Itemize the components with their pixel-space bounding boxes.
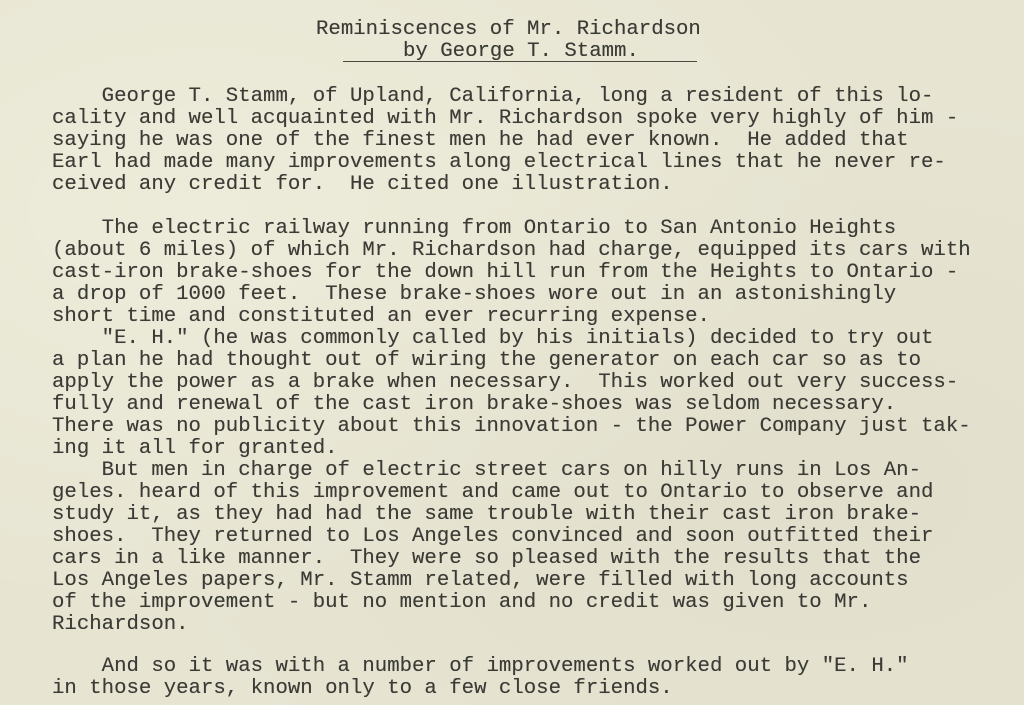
- text-line: cast-iron brake-shoes for the down hill …: [52, 262, 958, 284]
- text-line: cars in a like manner. They were so plea…: [52, 548, 921, 570]
- text-line: short time and constituted an ever recur…: [52, 306, 710, 328]
- text-line: "E. H." (he was commonly called by his i…: [52, 328, 933, 350]
- text-line: study it, as they had had the same troub…: [52, 504, 921, 526]
- text-line: a drop of 1000 feet. These brake-shoes w…: [52, 284, 896, 306]
- text-line: And so it was with a number of improveme…: [52, 656, 909, 678]
- document-title: Reminiscences of Mr. Richardson: [316, 19, 701, 41]
- typewritten-page: Reminiscences of Mr. Richardson by Georg…: [0, 0, 1024, 705]
- text-line: (about 6 miles) of which Mr. Richardson …: [52, 240, 971, 262]
- text-line: in those years, known only to a few clos…: [52, 678, 673, 700]
- text-line: Los Angeles papers, Mr. Stamm related, w…: [52, 570, 909, 592]
- text-line: Earl had made many improvements along el…: [52, 152, 946, 174]
- text-line: apply the power as a brake when necessar…: [52, 372, 958, 394]
- text-line: saying he was one of the finest men he h…: [52, 130, 909, 152]
- text-line: George T. Stamm, of Upland, California, …: [52, 86, 933, 108]
- text-line: But men in charge of electric street car…: [52, 460, 921, 482]
- text-line: ceived any credit for. He cited one illu…: [52, 174, 673, 196]
- text-line: geles. heard of this improvement and cam…: [52, 482, 933, 504]
- byline-underline: [343, 61, 697, 62]
- text-line: cality and well acquainted with Mr. Rich…: [52, 108, 958, 130]
- text-line: of the improvement - but no mention and …: [52, 592, 871, 614]
- document-byline: by George T. Stamm.: [403, 41, 639, 63]
- text-line: Richardson.: [52, 614, 189, 636]
- text-line: The electric railway running from Ontari…: [52, 218, 896, 240]
- text-line: ing it all for granted.: [52, 438, 338, 460]
- text-line: a plan he had thought out of wiring the …: [52, 350, 921, 372]
- text-line: There was no publicity about this innova…: [52, 416, 971, 438]
- text-line: shoes. They returned to Los Angeles conv…: [52, 526, 933, 548]
- text-line: fully and renewal of the cast iron brake…: [52, 394, 896, 416]
